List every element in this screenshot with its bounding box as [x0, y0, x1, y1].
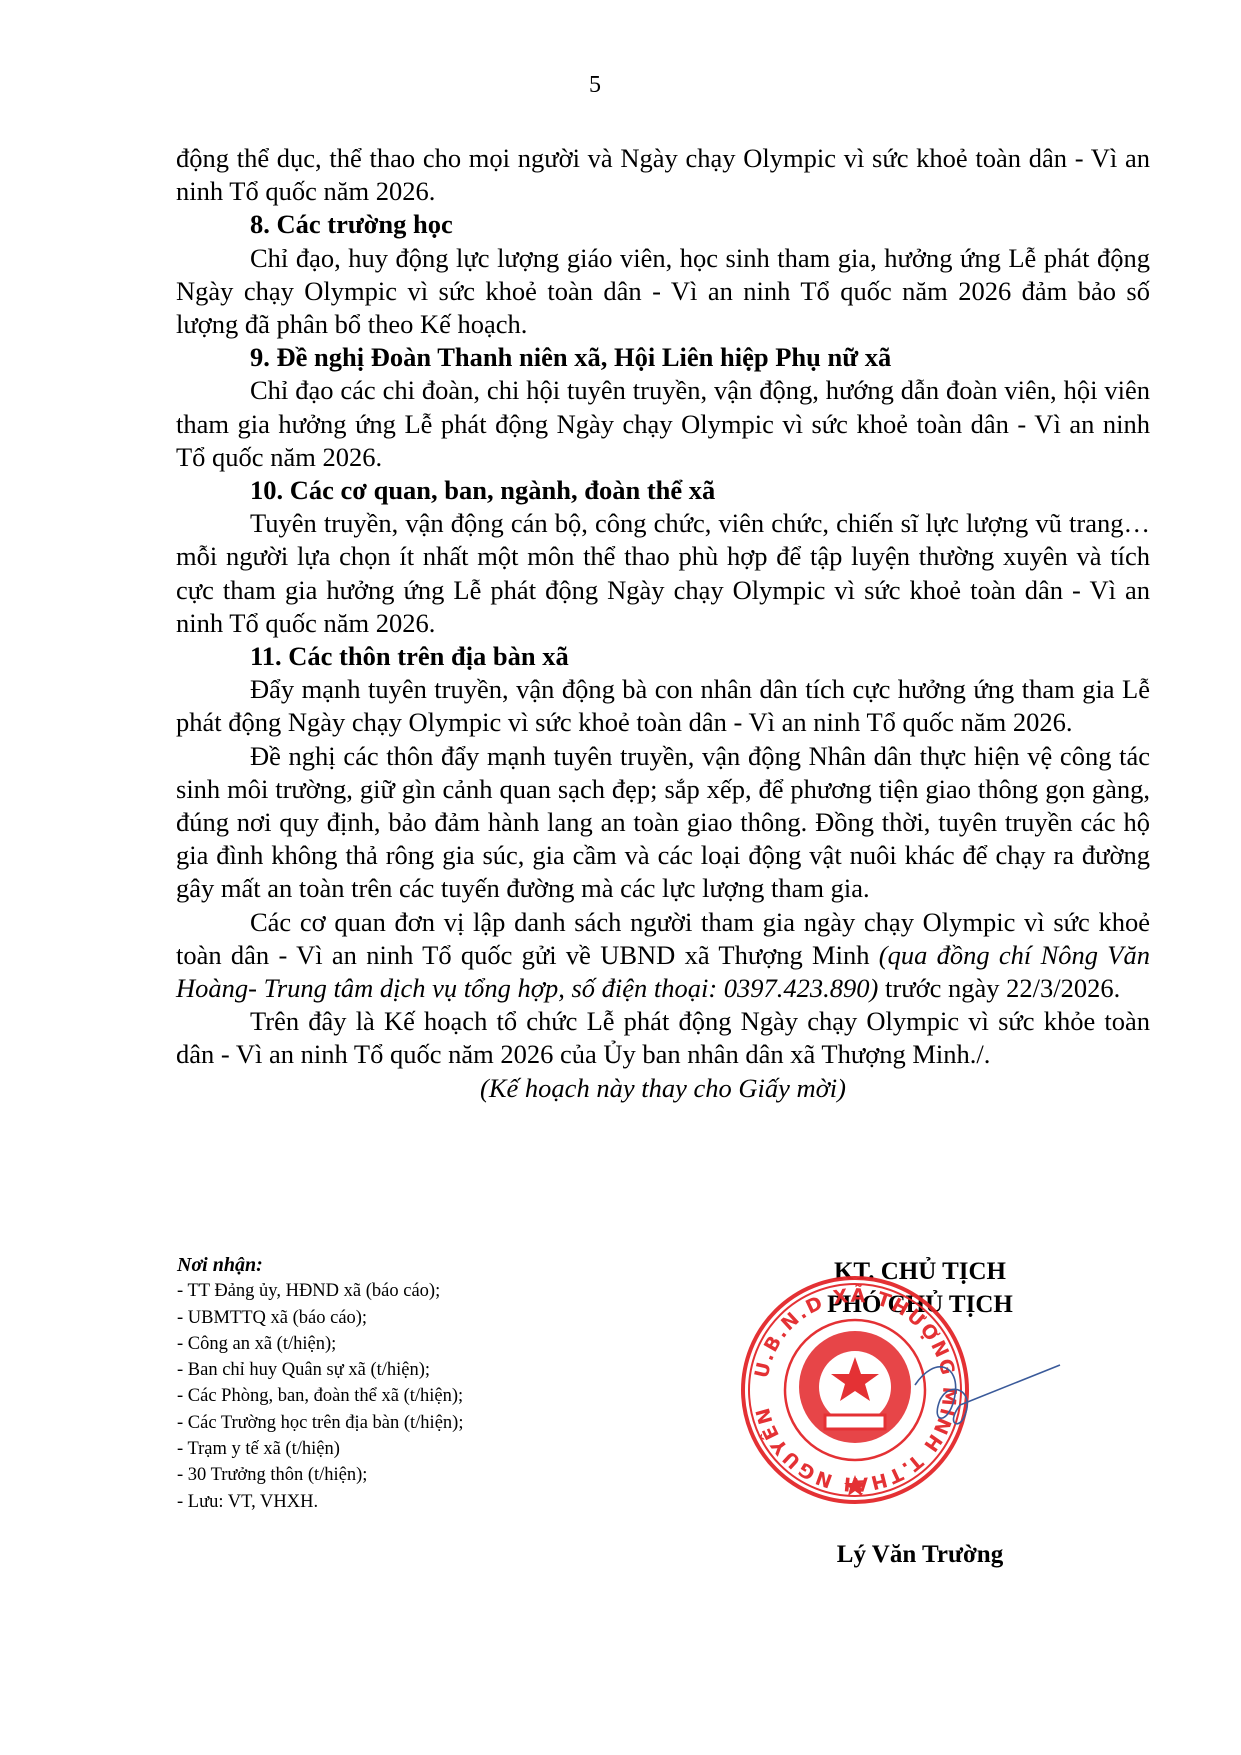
recipient-item: - Các Phòng, ban, đoàn thể xã (t/hiện); — [177, 1383, 463, 1409]
paragraph-closing: Trên đây là Kế hoạch tổ chức Lễ phát độn… — [176, 1005, 1150, 1071]
paragraph-continuation: động thể dục, thể thao cho mọi người và … — [176, 142, 1150, 208]
recipient-item: - Ban chỉ huy Quân sự xã (t/hiện); — [177, 1357, 463, 1383]
section-heading-8: 8. Các trường học — [176, 208, 1150, 241]
submission-deadline: trước ngày 22/3/2026. — [878, 973, 1120, 1003]
recipient-item: - UBMTTQ xã (báo cáo); — [177, 1305, 463, 1331]
recipients-title: Nơi nhận: — [177, 1252, 463, 1278]
paragraph-section-11a: Đẩy mạnh tuyên truyền, vận động bà con n… — [176, 673, 1150, 739]
recipient-item: - TT Đảng ủy, HĐND xã (báo cáo); — [177, 1278, 463, 1304]
section-heading-11: 11. Các thôn trên địa bàn xã — [176, 640, 1150, 673]
paragraph-section-10: Tuyên truyền, vận động cán bộ, công chức… — [176, 507, 1150, 640]
paragraph-section-9: Chỉ đạo các chi đoàn, chi hội tuyên truy… — [176, 374, 1150, 474]
document-body: động thể dục, thể thao cho mọi người và … — [176, 142, 1150, 1105]
recipient-item: - Trạm y tế xã (t/hiện) — [177, 1436, 463, 1462]
paragraph-section-11b: Đề nghị các thôn đẩy mạnh tuyên truyền, … — [176, 740, 1150, 906]
page-number: 5 — [0, 72, 1190, 99]
paragraph-section-8: Chỉ đạo, huy động lực lượng giáo viên, h… — [176, 242, 1150, 342]
invitation-note: (Kế hoạch này thay cho Giấy mời) — [176, 1072, 1150, 1105]
signer-name: Lý Văn Trường — [720, 1541, 1120, 1569]
recipients-block: Nơi nhận: - TT Đảng ủy, HĐND xã (báo cáo… — [177, 1252, 463, 1515]
section-heading-10: 10. Các cơ quan, ban, ngành, đoàn thể xã — [176, 474, 1150, 507]
recipients-list: - TT Đảng ủy, HĐND xã (báo cáo);- UBMTTQ… — [177, 1278, 463, 1515]
paragraph-submission: Các cơ quan đơn vị lập danh sách người t… — [176, 906, 1150, 1006]
recipient-item: - Các Trường học trên địa bàn (t/hiện); — [177, 1410, 463, 1436]
signature-block: KT. CHỦ TỊCH PHÓ CHỦ TỊCH U.B.N.D XÃ THƯ… — [720, 1255, 1120, 1321]
section-heading-9: 9. Đề nghị Đoàn Thanh niên xã, Hội Liên … — [176, 341, 1150, 374]
recipient-item: - 30 Trưởng thôn (t/hiện); — [177, 1462, 463, 1488]
recipient-item: - Lưu: VT, VHXH. — [177, 1489, 463, 1515]
handwritten-signature-icon — [905, 1345, 1065, 1445]
recipient-item: - Công an xã (t/hiện); — [177, 1331, 463, 1357]
